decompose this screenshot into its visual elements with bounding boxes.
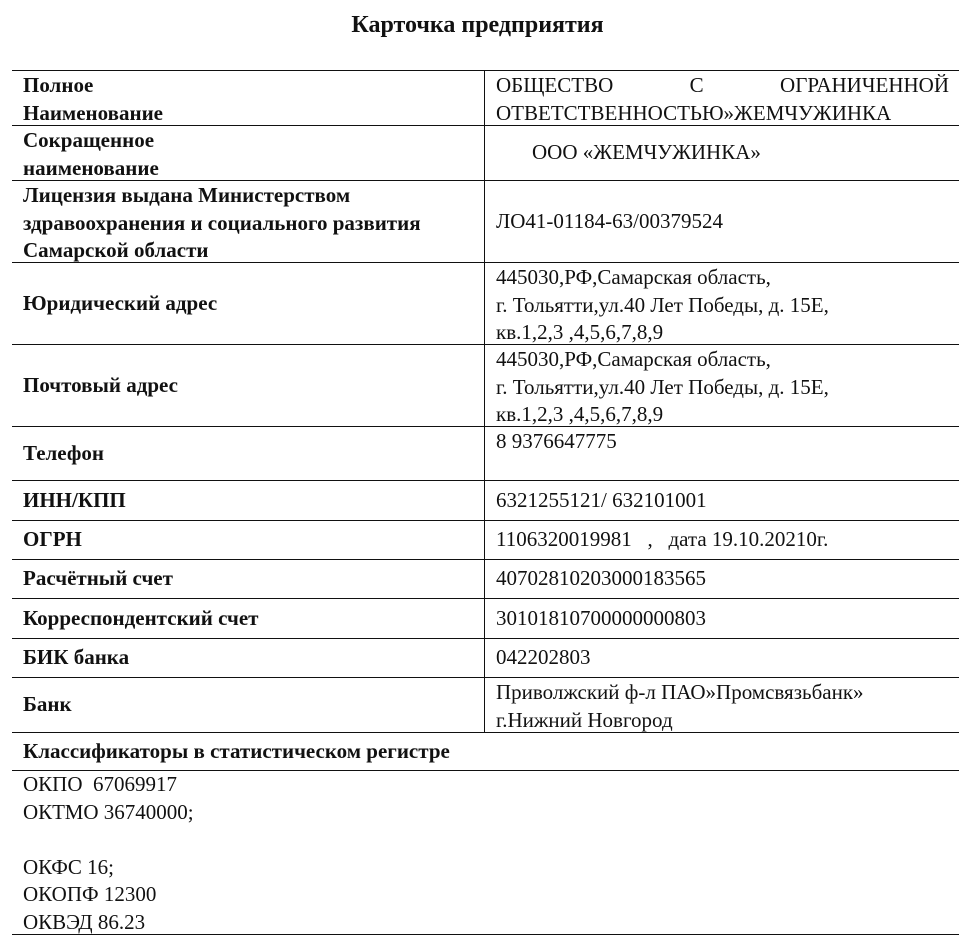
row-label: Полное Наименование: [12, 71, 485, 125]
row-label: ОГРН: [12, 521, 485, 559]
row-value: Приволжский ф-л ПАО»Промсвязьбанк» г.Ниж…: [486, 678, 959, 732]
table-row-bank: Банк Приволжский ф-л ПАО»Промсвязьбанк» …: [12, 677, 959, 732]
row-label: Юридический адрес: [12, 263, 485, 344]
classifier-okved: ОКВЭД 86.23: [23, 909, 959, 936]
classifiers-heading: Классификаторы в статистическом регистре: [12, 733, 959, 770]
row-value: ЛО41-01184-63/00379524: [486, 181, 959, 262]
table-row-ogrn: ОГРН 1106320019981 , дата 19.10.20210г.: [12, 520, 959, 559]
row-value: 042202803: [486, 639, 959, 677]
row-label: Почтовый адрес: [12, 345, 485, 426]
row-value: ООО «ЖЕМЧУЖИНКА»: [486, 126, 959, 180]
company-card-table: Полное Наименование ОБЩЕСТВО С ОГРАНИЧЕН…: [12, 70, 959, 935]
row-label: ИНН/КПП: [12, 481, 485, 520]
row-label: Лицензия выдана Министерством здравоохра…: [12, 181, 485, 262]
classifiers-list-row: ОКПО 67069917 ОКТМО 36740000; ОКФС 16; О…: [12, 770, 959, 935]
row-label: Корреспондентский счет: [12, 599, 485, 638]
row-label: Банк: [12, 678, 485, 732]
row-label: Расчётный счет: [12, 560, 485, 598]
table-row-postal-address: Почтовый адрес 445030,РФ,Самарская облас…: [12, 344, 959, 426]
table-row-correspondent-account: Корреспондентский счет 30101810700000000…: [12, 598, 959, 638]
table-row-short-name: Сокращенное наименование ООО «ЖЕМЧУЖИНКА…: [12, 125, 959, 180]
classifier-okopf: ОКОПФ 12300: [23, 881, 959, 909]
row-label: Сокращенное наименование: [12, 126, 485, 180]
table-row-inn-kpp: ИНН/КПП 6321255121/ 632101001: [12, 480, 959, 520]
row-value: 40702810203000183565: [486, 560, 959, 598]
classifiers-list: ОКПО 67069917 ОКТМО 36740000; ОКФС 16; О…: [12, 771, 959, 934]
row-value: 445030,РФ,Самарская область, г. Тольятти…: [486, 263, 959, 344]
row-value: 445030,РФ,Самарская область, г. Тольятти…: [486, 345, 959, 426]
table-row-phone: Телефон 8 9376647775: [12, 426, 959, 480]
row-value: ОБЩЕСТВО С ОГРАНИЧЕННОЙ ОТВЕТСТВЕННОСТЬЮ…: [486, 71, 959, 125]
table-row-bik: БИК банка 042202803: [12, 638, 959, 677]
classifier-okfs: ОКФС 16;: [23, 854, 959, 882]
classifier-oktmo: ОКТМО 36740000;: [23, 799, 959, 827]
row-label: Телефон: [12, 427, 485, 480]
table-row-settlement-account: Расчётный счет 40702810203000183565: [12, 559, 959, 598]
table-row-license: Лицензия выдана Министерством здравоохра…: [12, 180, 959, 262]
table-row-legal-address: Юридический адрес 445030,РФ,Самарская об…: [12, 262, 959, 344]
classifiers-heading-row: Классификаторы в статистическом регистре: [12, 732, 959, 770]
value-line-1: ОБЩЕСТВО С ОГРАНИЧЕННОЙ: [496, 72, 949, 100]
table-row-full-name: Полное Наименование ОБЩЕСТВО С ОГРАНИЧЕН…: [12, 70, 959, 125]
page-title: Карточка предприятия: [0, 12, 955, 39]
row-value: 1106320019981 , дата 19.10.20210г.: [486, 521, 959, 559]
row-value: 8 9376647775: [486, 427, 959, 480]
classifier-okpo: ОКПО 67069917: [23, 771, 959, 799]
row-value: 6321255121/ 632101001: [486, 481, 959, 520]
row-label: БИК банка: [12, 639, 485, 677]
blank-line: [23, 826, 959, 854]
row-value: 30101810700000000803: [486, 599, 959, 638]
